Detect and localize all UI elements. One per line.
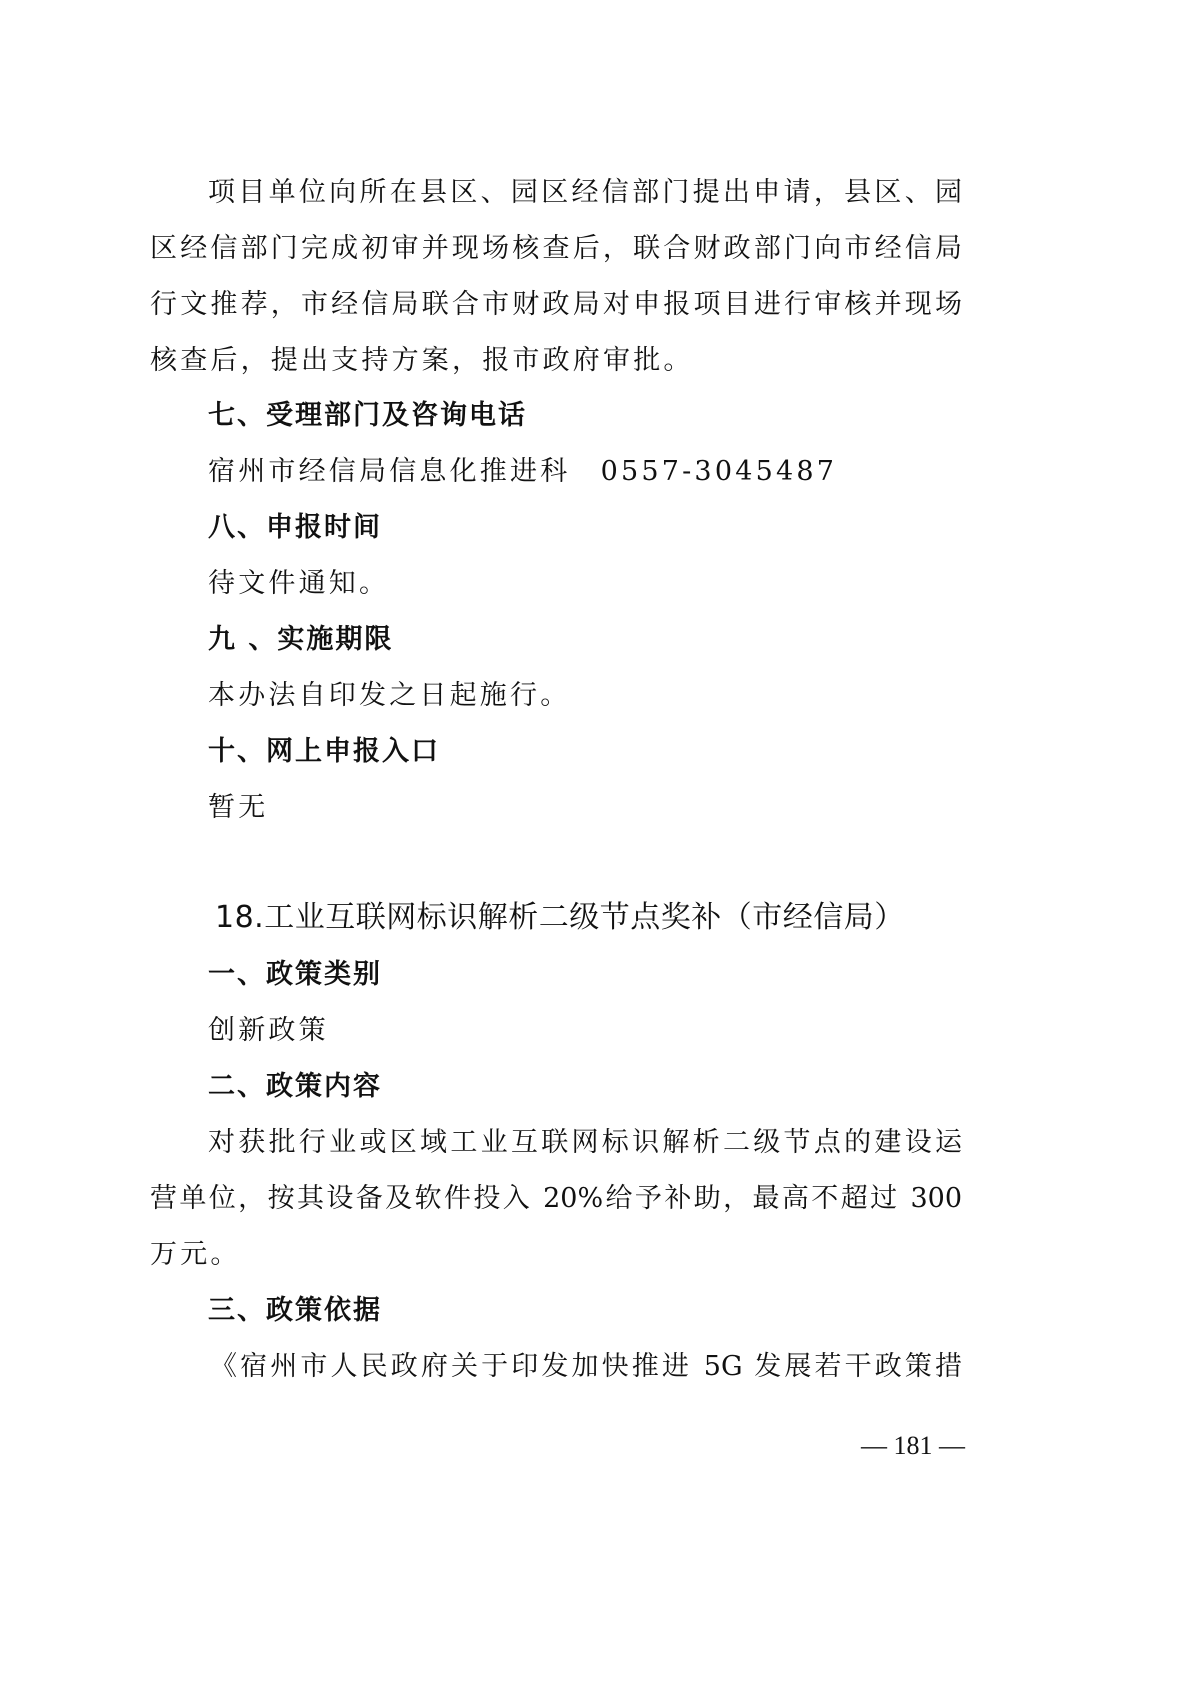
section-heading: 二、政策内容 bbox=[208, 1067, 962, 1107]
policy-title: 18.工业互联网标识解析二级节点奖补（市经信局） bbox=[215, 896, 965, 940]
section-heading: 三、政策依据 bbox=[208, 1291, 962, 1331]
paragraph-line: 《宿州市人民政府关于印发加快推进 5G 发展若干政策措 bbox=[210, 1347, 962, 1387]
section-heading: 九 、实施期限 bbox=[208, 620, 962, 660]
contact-info: 宿州市经信局信息化推进科 0557-3045487 bbox=[208, 452, 962, 492]
paragraph-line: 对获批行业或区域工业互联网标识解析二级节点的建设运 bbox=[208, 1123, 962, 1163]
section-body: 待文件通知。 bbox=[208, 564, 962, 604]
section-body: 暂无 bbox=[208, 788, 962, 828]
paragraph-line: 区经信部门完成初审并现场核查后，联合财政部门向市经信局 bbox=[150, 229, 962, 269]
paragraph-line: 行文推荐，市经信局联合市财政局对申报项目进行审核并现场 bbox=[150, 285, 962, 325]
section-heading: 十、网上申报入口 bbox=[208, 732, 962, 772]
section-heading: 七、受理部门及咨询电话 bbox=[208, 396, 962, 436]
paragraph-line: 万元。 bbox=[150, 1235, 962, 1275]
paragraph-line: 核查后，提出支持方案，报市政府审批。 bbox=[150, 341, 962, 381]
section-heading: 一、政策类别 bbox=[208, 955, 962, 995]
page-number: — 181 — bbox=[840, 1428, 965, 1464]
paragraph-line: 营单位，按其设备及软件投入 20%给予补助，最高不超过 300 bbox=[150, 1179, 962, 1219]
section-heading: 八、申报时间 bbox=[208, 508, 962, 548]
paragraph-line: 项目单位向所在县区、园区经信部门提出申请，县区、园 bbox=[208, 173, 962, 213]
section-body: 创新政策 bbox=[208, 1011, 962, 1051]
section-body: 本办法自印发之日起施行。 bbox=[208, 676, 962, 716]
